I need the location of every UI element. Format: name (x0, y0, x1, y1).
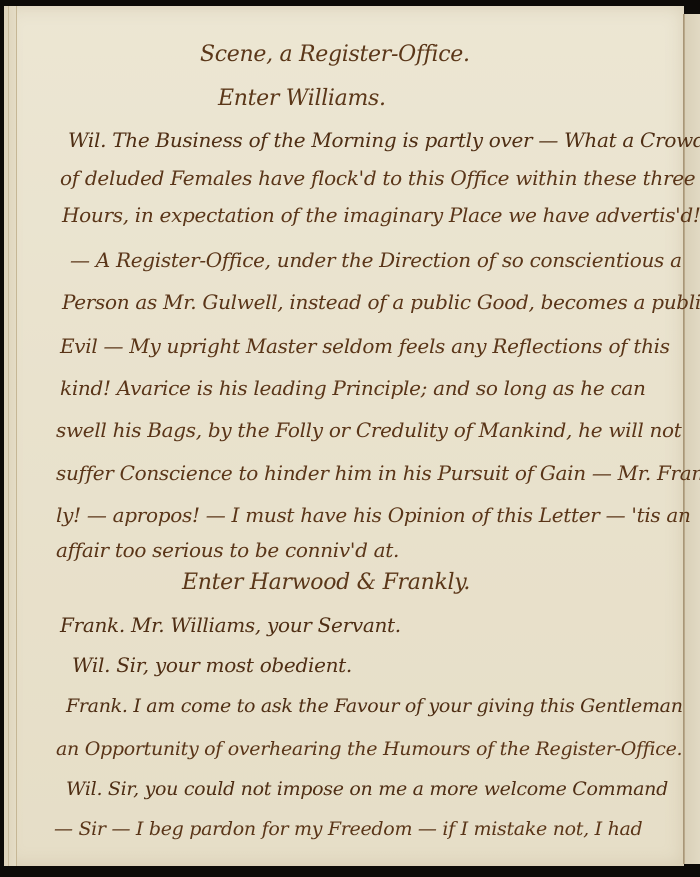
stage-direction-enter-williams: Enter Williams. (218, 88, 386, 110)
text-line-3: Hours, in expectation of the imaginary P… (62, 205, 700, 225)
text-line-1: Wil. The Business of the Morning is part… (68, 130, 700, 150)
scene-heading: Scene, a Register-Office. (200, 44, 470, 66)
text-line-12: Frank. Mr. Williams, your Servant. (60, 615, 401, 635)
manuscript-frame: Scene, a Register-Office. Enter Williams… (0, 0, 700, 877)
text-line-4: — A Register-Office, under the Direction… (70, 250, 682, 270)
text-line-6: Evil — My upright Master seldom feels an… (60, 336, 670, 356)
text-line-5: Person as Mr. Gulwell, instead of a publ… (62, 292, 700, 312)
text-line-11: affair too serious to be conniv'd at. (56, 540, 399, 560)
text-line-9: suffer Conscience to hinder him in his P… (56, 463, 700, 483)
text-line-14: Frank. I am come to ask the Favour of yo… (66, 697, 683, 716)
text-line-13: Wil. Sir, your most obedient. (72, 655, 352, 675)
text-line-17: — Sir — I beg pardon for my Freedom — if… (54, 820, 642, 839)
text-line-10: ly! — apropos! — I must have his Opinion… (56, 505, 691, 525)
text-line-7: kind! Avarice is his leading Principle; … (60, 378, 646, 398)
text-line-8: swell his Bags, by the Folly or Credulit… (56, 420, 682, 440)
text-line-2: of deluded Females have flock'd to this … (60, 168, 695, 188)
manuscript-text: Scene, a Register-Office. Enter Williams… (0, 0, 700, 877)
stage-direction-enter-harwood-frankly: Enter Harwood & Frankly. (182, 572, 470, 594)
text-line-15: an Opportunity of overhearing the Humour… (56, 740, 682, 759)
text-line-16: Wil. Sir, you could not impose on me a m… (66, 780, 668, 799)
